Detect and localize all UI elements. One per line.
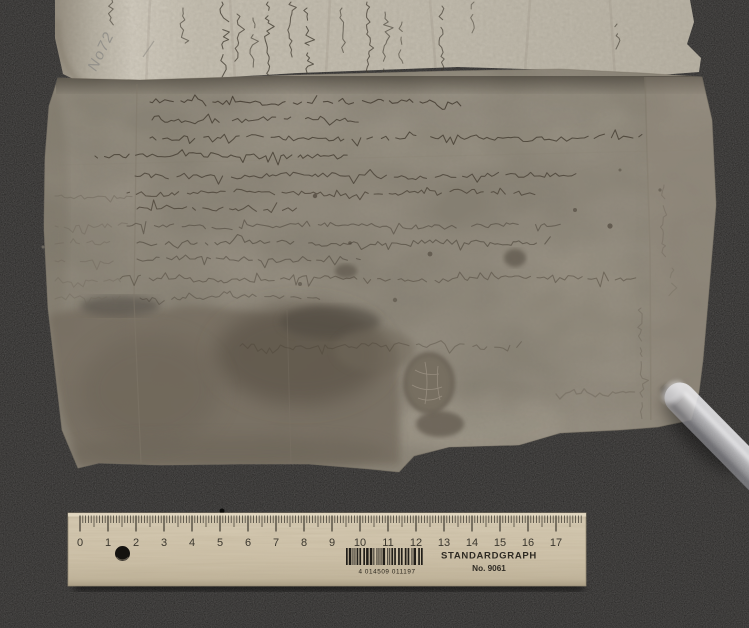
ruler-number: 6 xyxy=(245,537,251,549)
ruler-number: 9 xyxy=(329,537,335,549)
barcode-bar xyxy=(398,548,400,565)
ruler-number: 7 xyxy=(273,537,279,549)
fabric-fleck xyxy=(42,246,45,249)
ruler-number: 3 xyxy=(161,537,167,549)
barcode-bar xyxy=(418,548,420,565)
main-parchment xyxy=(30,60,730,480)
ruler-number: 8 xyxy=(301,537,307,549)
barcode-bar xyxy=(383,548,386,565)
barcode-bar xyxy=(408,548,410,565)
barcode-bar xyxy=(363,548,365,565)
ruler-number: 12 xyxy=(410,537,422,549)
barcode-bar xyxy=(349,548,352,565)
ruler-number: 0 xyxy=(77,537,83,549)
barcode-bar xyxy=(387,548,388,565)
ruler-number: 11 xyxy=(382,537,393,549)
barcode-bar xyxy=(401,548,403,565)
barcode-bar xyxy=(405,548,407,565)
photo-canvas: No72 xyxy=(0,0,749,628)
ruler-hole-opening xyxy=(115,546,130,561)
ruler-number: 10 xyxy=(354,537,366,549)
ruler-number: 1 xyxy=(105,537,111,549)
barcode-bar xyxy=(379,548,380,565)
stain-rim xyxy=(80,296,160,316)
photo-stage: No72 xyxy=(0,0,749,628)
barcode-bar xyxy=(377,548,378,565)
ruler-number: 15 xyxy=(494,537,506,549)
barcode-digits: 4 014509 011197 xyxy=(358,569,415,576)
ruler-number: 14 xyxy=(466,537,478,549)
seal-impression-mark xyxy=(405,354,453,412)
barcode-bar xyxy=(366,548,369,565)
stain-bottom xyxy=(70,436,390,468)
model-number: No. 9061 xyxy=(472,564,506,573)
ruler-number: 2 xyxy=(133,537,139,549)
ruler-wood-grain xyxy=(68,513,586,586)
barcode-bar xyxy=(346,548,348,565)
barcode-bar xyxy=(353,548,354,565)
barcode-bar xyxy=(414,548,417,565)
ruler-number: 16 xyxy=(522,537,534,549)
barcode-bar xyxy=(370,548,373,565)
barcode-bar xyxy=(359,548,361,565)
ruler-number: 4 xyxy=(189,537,195,549)
stain-core xyxy=(80,335,220,445)
barcode-bar xyxy=(357,548,359,565)
barcode-bar xyxy=(381,548,382,565)
stain-mid xyxy=(335,328,415,372)
ruler-hole xyxy=(115,546,130,561)
barcode-bar xyxy=(389,548,390,565)
ruler-number: 17 xyxy=(550,537,562,549)
brand-name: STANDARDGRAPH xyxy=(441,551,537,562)
barcode-bar xyxy=(421,548,423,565)
ruler-number: 13 xyxy=(438,537,450,549)
barcode-bar xyxy=(355,548,356,565)
barcode-bar xyxy=(394,548,396,565)
barcode-bar xyxy=(373,548,374,565)
ruler-number: 5 xyxy=(217,537,223,549)
barcode-bar xyxy=(391,548,393,565)
ruler: 01234567891011121314151617 4 014509 0111… xyxy=(68,513,586,591)
barcode-bar xyxy=(412,548,413,565)
stain-blob xyxy=(416,411,464,437)
